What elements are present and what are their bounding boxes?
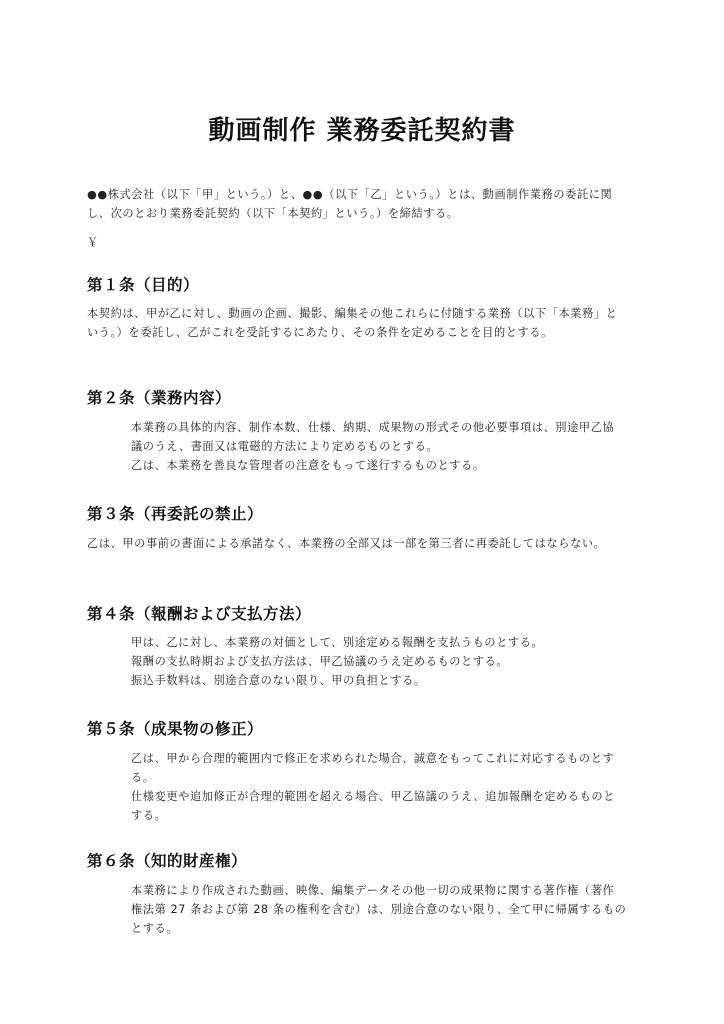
article-4-heading: 第４条（報酬および支払方法） <box>87 602 311 624</box>
article-6-heading: 第６条（知的財産権） <box>87 849 247 871</box>
document-title: 動画制作 業務委託契約書 <box>0 110 724 147</box>
preamble-paragraph: ●●株式会社（以下「甲」という。）と、●●（以下「乙」という。）とは、動画制作業… <box>87 185 647 223</box>
article-2-heading: 第２条（業務内容） <box>87 386 231 408</box>
stray-yen-mark: ￥ <box>87 233 647 252</box>
article-4-body: 甲は、乙に対し、本業務の対価として、別途定める報酬を支払うものとする。 報酬の支… <box>131 633 651 690</box>
document-page: 動画制作 業務委託契約書 ●●株式会社（以下「甲」という。）と、●●（以下「乙」… <box>0 0 724 1024</box>
article-3-heading: 第３条（再委託の禁止） <box>87 502 263 524</box>
article-5-heading: 第５条（成果物の修正） <box>87 717 263 739</box>
article-6-body: 本業務により作成された動画、映像、編集データその他一切の成果物に関する著作権（著… <box>131 881 651 938</box>
article-5-body: 乙は、甲から合理的範囲内で修正を求められた場合、誠意をもってこれに対応するものと… <box>131 749 651 825</box>
article-1-heading: 第１条（目的） <box>87 273 199 295</box>
article-2-body: 本業務の具体的内容、制作本数、仕様、納期、成果物の形式その他必要事項は、別途甲乙… <box>131 418 651 475</box>
article-1-body: 本契約は、甲が乙に対し、動画の企画、撮影、編集その他これらに付随する業務（以下「… <box>87 304 647 342</box>
article-3-body: 乙は、甲の事前の書面による承諾なく、本業務の全部又は一部を第三者に再委託してはな… <box>87 534 647 553</box>
